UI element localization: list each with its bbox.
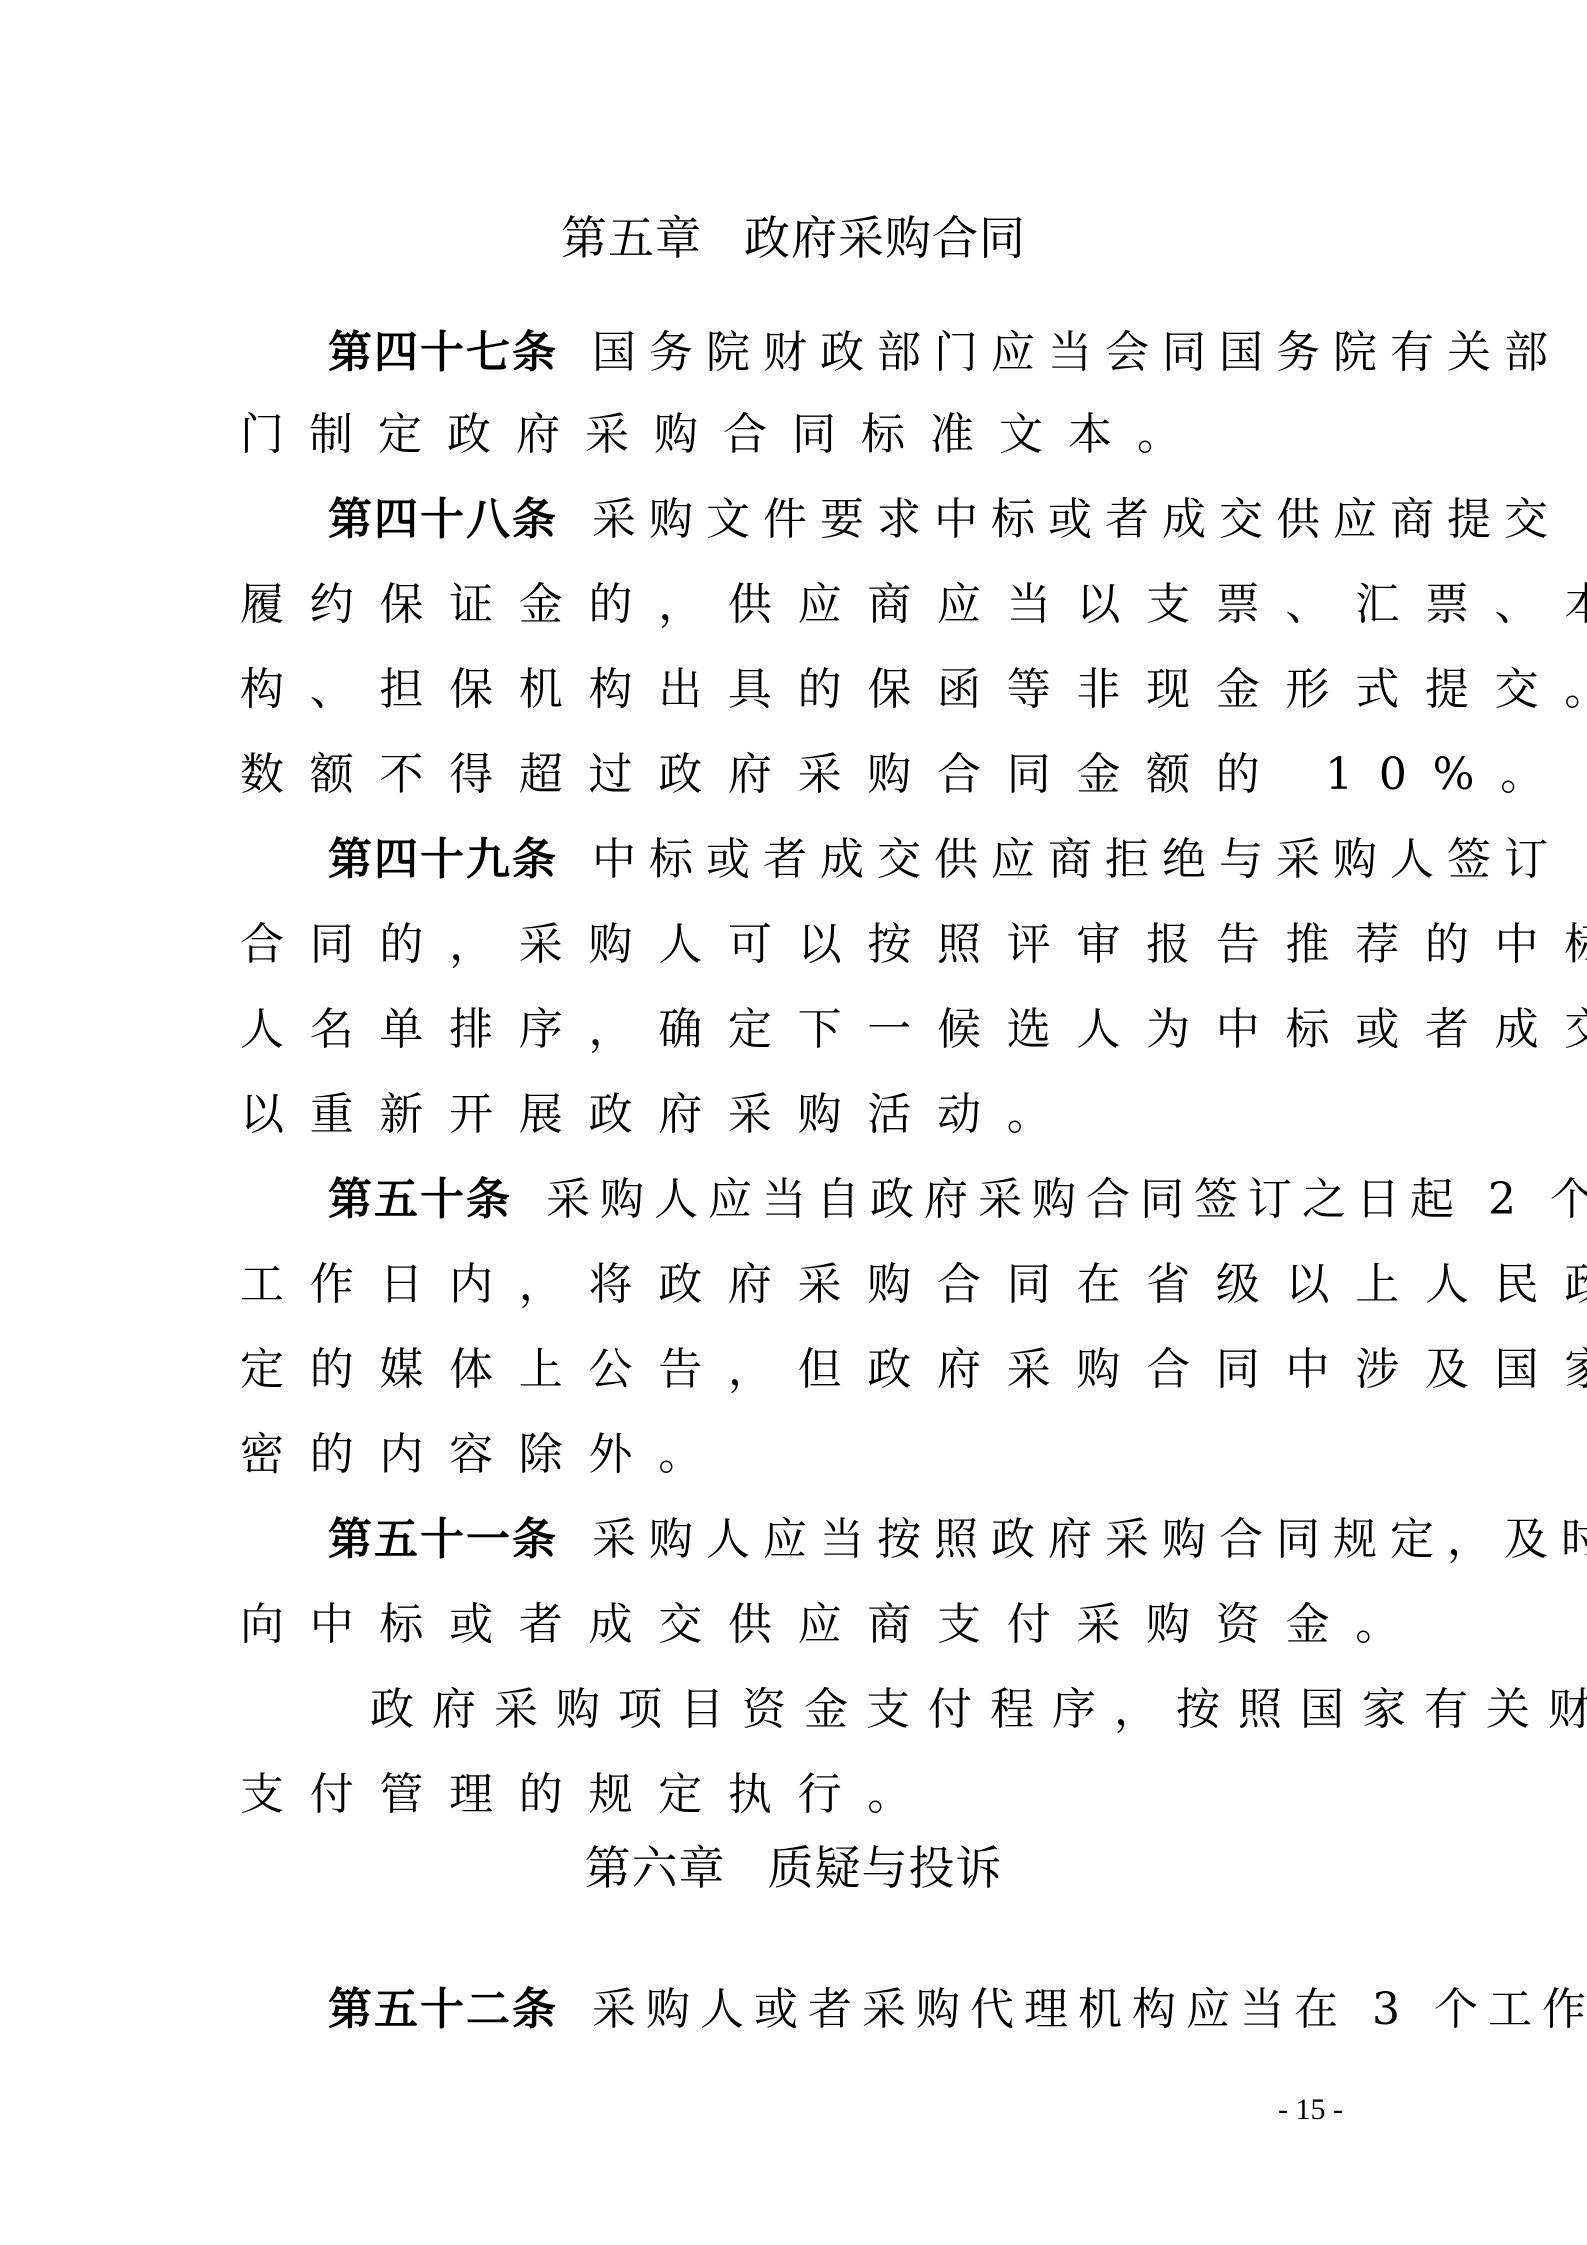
article-label: 第五十一条 [328,1505,558,1575]
article-text: 中标或者成交供应商拒绝与采购人签订 [592,825,1561,895]
chapter-title: 政府采购合同 [744,211,1026,265]
chapter-title: 质疑与投诉 [768,1841,1003,1895]
article-label: 第五十条 [328,1165,512,1235]
article-paragraph-first-line: 政府采购项目资金支付程序，按照国家有关财政资金 [370,1675,1356,1745]
chapter-label: 第六章 [585,1841,726,1895]
article-first-line: 第四十七条 国务院财政部门应当会同国务院有关部 [328,318,1356,388]
article-text: 国务院财政部门应当会同国务院有关部 [592,318,1561,388]
article-first-line: 第五十条 采购人应当自政府采购合同签订之日起 2 个 [328,1165,1356,1235]
article-label: 第五十二条 [328,1975,558,2045]
article-first-line: 第四十九条 中标或者成交供应商拒绝与采购人签订 [328,825,1356,895]
article-first-line: 第五十一条 采购人应当按照政府采购合同规定，及时 [328,1505,1356,1575]
article-text-line: 支付管理的规定执行。 [240,1760,1356,1830]
article-first-line: 第五十二条 采购人或者采购代理机构应当在 3 个工作 [328,1975,1356,2045]
article-text-line: 数额不得超过政府采购合同金额的 10%。 [240,740,1356,810]
article-text: 采购人应当按照政府采购合同规定，及时 [592,1505,1587,1575]
article-text: 采购人或者采购代理机构应当在 3 个工作 [592,1975,1587,2045]
chapter-heading: 第六章质疑与投诉 [0,1838,1587,1898]
article-text-line: 构、担保机构出具的保函等非现金形式提交。履约保证金的 [240,655,1356,725]
article-text-line: 以重新开展政府采购活动。 [240,1080,1356,1150]
article-text: 采购文件要求中标或者成交供应商提交 [592,485,1561,555]
article-text-line: 门制定政府采购合同标准文本。 [240,400,1356,470]
article-text-line: 工作日内，将政府采购合同在省级以上人民政府财政部门指 [240,1250,1356,1320]
article-label: 第四十九条 [328,825,558,895]
article-label: 第四十八条 [328,485,558,555]
document-page: 第五章政府采购合同 第四十七条 国务院财政部门应当会同国务院有关部 门制定政府采… [0,0,1587,2245]
article-first-line: 第四十八条 采购文件要求中标或者成交供应商提交 [328,485,1356,555]
article-text-line: 定的媒体上公告，但政府采购合同中涉及国家秘密、商业秘 [240,1335,1356,1405]
article-text-line: 向中标或者成交供应商支付采购资金。 [240,1590,1356,1660]
article-label: 第四十七条 [328,318,558,388]
article-text-line: 人名单排序，确定下一候选人为中标或者成交供应商，也可 [240,995,1356,1065]
chapter-label: 第五章 [561,211,702,265]
page-number: - 15 - [1278,2090,1343,2130]
article-text-line: 合同的，采购人可以按照评审报告推荐的中标或者成交候选 [240,910,1356,980]
article-text-line: 履约保证金的，供应商应当以支票、汇票、本票或者金融机 [240,570,1356,640]
article-text-line: 密的内容除外。 [240,1420,1356,1490]
article-text: 采购人应当自政府采购合同签订之日起 2 个 [546,1165,1587,1235]
chapter-heading: 第五章政府采购合同 [0,208,1587,268]
